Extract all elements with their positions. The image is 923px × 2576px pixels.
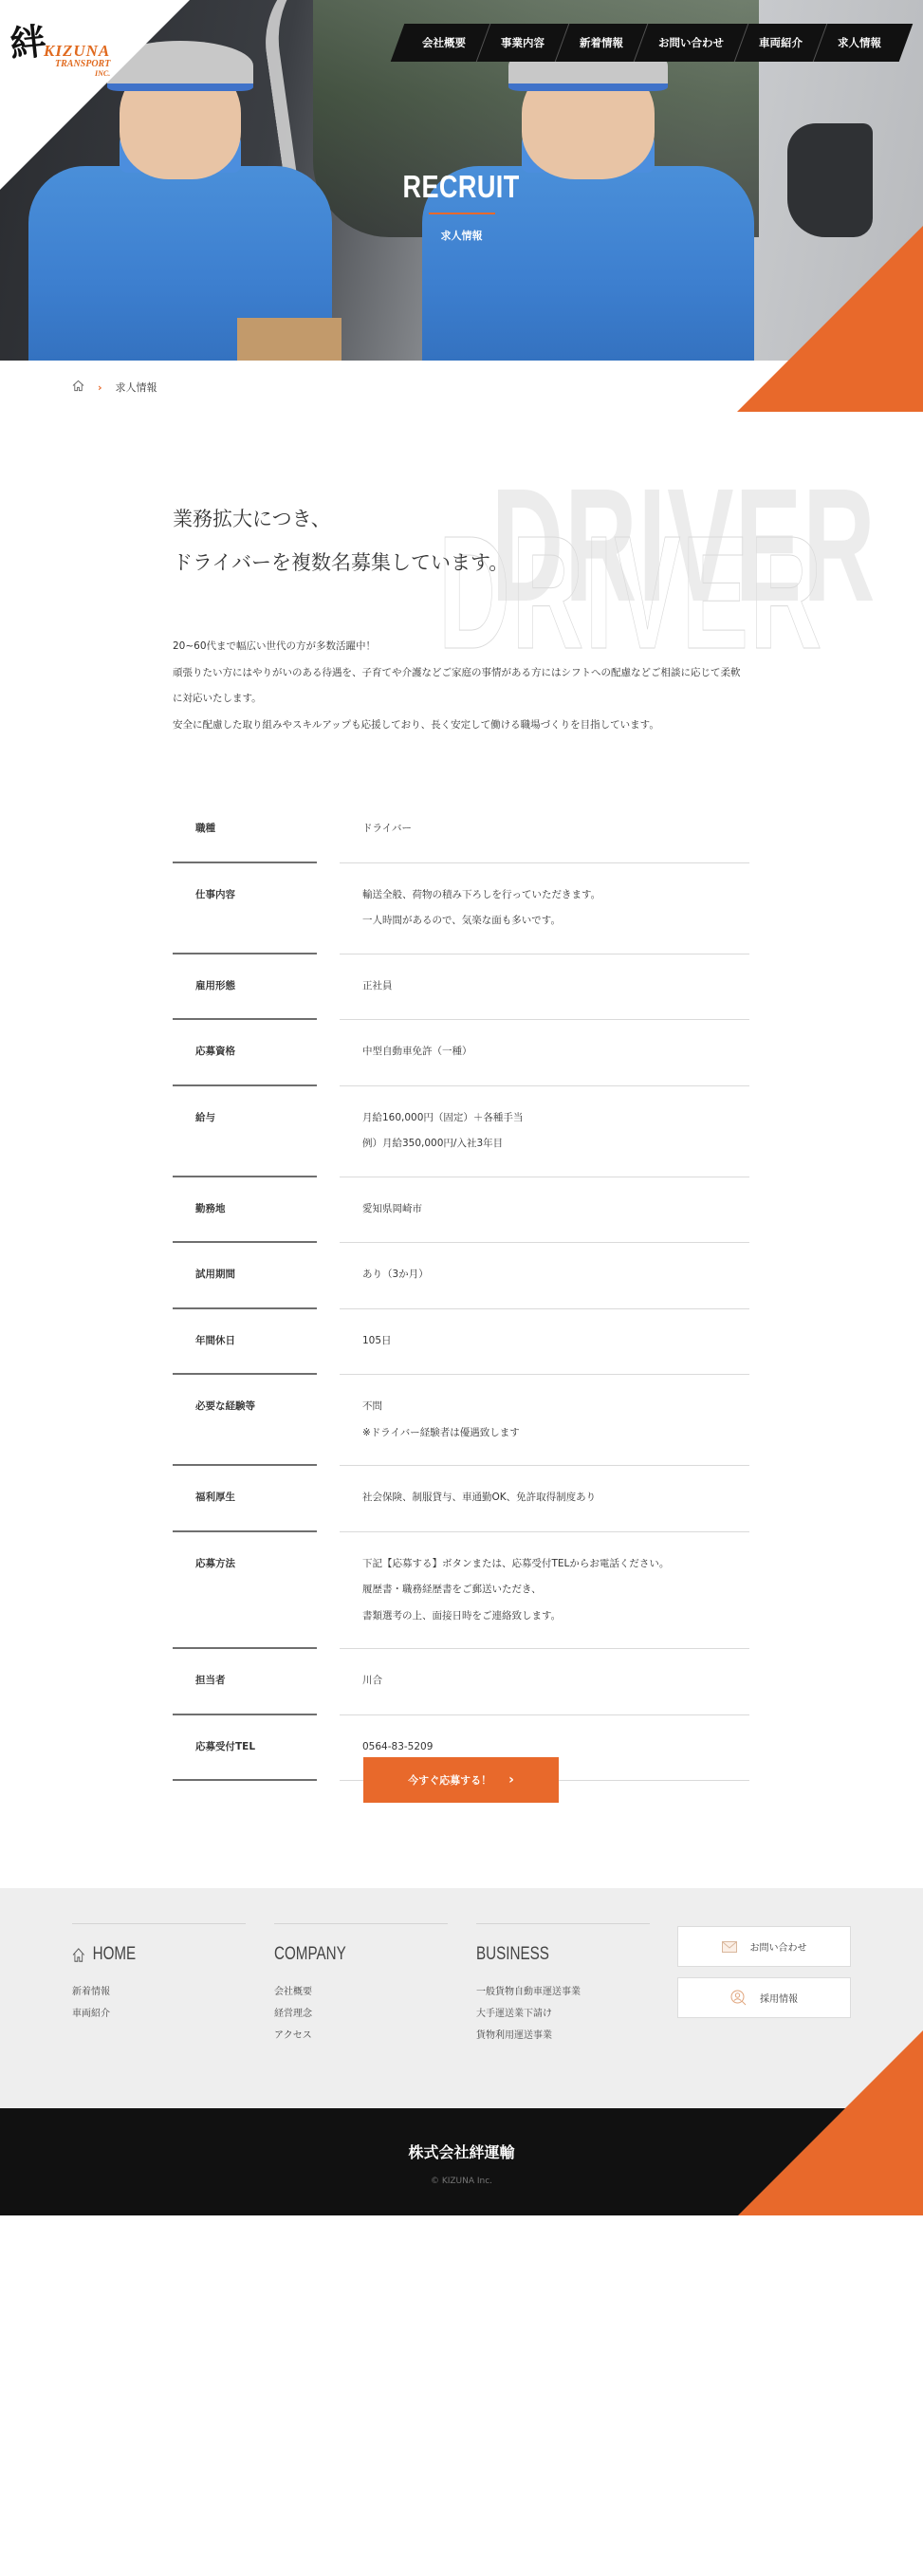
footer-link-access[interactable]: アクセス — [274, 2025, 448, 2047]
row-value: 不問※ドライバー経験者は優遇致します — [340, 1375, 749, 1466]
row-value: 正社員 — [340, 954, 749, 1021]
row-label: 雇用形態 — [173, 954, 317, 1021]
table-row: 仕事内容 輸送全般、荷物の積み下ろしを行っていただきます。一人時間があるので、気… — [173, 863, 749, 954]
hero-cardboard-box — [237, 318, 342, 361]
row-label: 仕事内容 — [173, 863, 317, 954]
page-subtitle: 求人情報 — [0, 228, 923, 243]
table-row: 試用期間 あり（3か月） — [173, 1243, 749, 1309]
row-value: 輸送全般、荷物の積み下ろしを行っていただきます。一人時間があるので、気楽な面も多… — [340, 863, 749, 954]
breadcrumb: › 求人情報 — [72, 380, 157, 395]
footer-heading-home[interactable]: HOME — [72, 1943, 211, 1966]
footer-link-vehicles[interactable]: 車両紹介 — [72, 2003, 246, 2025]
row-value: 愛知県岡崎市 — [340, 1177, 749, 1244]
footer-column-home: HOME 新着情報 車両紹介 — [72, 1923, 246, 2025]
row-value: 社会保険、制服貸与、車通勤OK、免許取得制度あり — [340, 1466, 749, 1532]
table-row: 雇用形態 正社員 — [173, 954, 749, 1021]
row-value: 105日 — [340, 1309, 749, 1376]
home-icon — [72, 1947, 85, 1963]
row-label: 担当者 — [173, 1649, 317, 1715]
nav-item-recruit[interactable]: 求人情報 — [814, 24, 906, 62]
intro-lead: 業務拡大につき、 ドライバーを複数名募集しています。 — [173, 497, 508, 584]
logo-text-transport: TRANSPORT — [55, 59, 110, 69]
footer-column-company: COMPANY 会社概要 経営理念 アクセス — [274, 1923, 448, 2047]
mail-icon — [722, 1941, 737, 1953]
footer-recruit-button[interactable]: 採用情報 — [677, 1977, 851, 2018]
row-value: 中型自動車免許（一種） — [340, 1020, 749, 1086]
apply-now-button[interactable]: 今すぐ応募する！ › — [363, 1757, 559, 1803]
home-icon[interactable] — [72, 380, 84, 395]
decorative-orange-triangle-footer — [738, 2030, 923, 2215]
footer-link-general-freight[interactable]: 一般貨物自動車運送事業 — [476, 1981, 650, 2003]
row-label: 給与 — [173, 1086, 317, 1177]
footer-column-business: BUSINESS 一般貨物自動車運送事業 大手運送業下請け 貨物利用運送事業 — [476, 1923, 650, 2047]
row-label: 応募受付TEL — [173, 1715, 317, 1782]
site-logo[interactable]: 絆 KIZUNA TRANSPORT INC. — [8, 13, 112, 80]
row-label: 年間休日 — [173, 1309, 317, 1376]
footer-heading-company[interactable]: COMPANY — [274, 1943, 413, 1966]
table-row: 必要な経験等 不問※ドライバー経験者は優遇致します — [173, 1375, 749, 1466]
intro-body: 20~60代まで幅広い世代の方が多数活躍中！ 頑張りたい方にはやりがいのある待遇… — [173, 634, 761, 738]
row-value: あり（3か月） — [340, 1243, 749, 1309]
global-nav: 会社概要 事業内容 新着情報 お問い合わせ 車両紹介 求人情報 — [397, 24, 906, 62]
footer-link-freight-forwarding[interactable]: 貨物利用運送事業 — [476, 2025, 650, 2047]
row-label: 勤務地 — [173, 1177, 317, 1244]
row-label: 応募方法 — [173, 1532, 317, 1650]
table-row: 給与 月給160,000円（固定）＋各種手当例）月給350,000円/入社3年目 — [173, 1086, 749, 1177]
nav-item-vehicles[interactable]: 車両紹介 — [735, 24, 828, 62]
page-title: RECRUIT — [403, 169, 520, 205]
table-row: 担当者 川合 — [173, 1649, 749, 1715]
table-row: 応募資格 中型自動車免許（一種） — [173, 1020, 749, 1086]
nav-item-company[interactable]: 会社概要 — [398, 24, 491, 62]
breadcrumb-separator-icon: › — [98, 381, 102, 394]
table-row: 勤務地 愛知県岡崎市 — [173, 1177, 749, 1244]
footer-heading-business[interactable]: BUSINESS — [476, 1943, 615, 1966]
logo-text-kizuna: KIZUNA — [44, 42, 110, 61]
logo-text-inc: INC. — [95, 69, 110, 78]
row-label: 職種 — [173, 797, 317, 863]
row-label: 必要な経験等 — [173, 1375, 317, 1466]
footer-link-company-profile[interactable]: 会社概要 — [274, 1981, 448, 2003]
chevron-right-icon: › — [508, 1772, 514, 1788]
hero-title-block: RECRUIT 求人情報 — [0, 169, 923, 243]
footer-link-philosophy[interactable]: 経営理念 — [274, 2003, 448, 2025]
title-underline — [429, 213, 495, 214]
nav-item-news[interactable]: 新着情報 — [556, 24, 649, 62]
row-label: 応募資格 — [173, 1020, 317, 1086]
table-row: 応募方法 下記【応募する】ボタンまたは、応募受付TELからお電話ください。履歴書… — [173, 1532, 749, 1650]
breadcrumb-current: 求人情報 — [116, 380, 157, 395]
job-details-table: 職種 ドライバー 仕事内容 輸送全般、荷物の積み下ろしを行っていただきます。一人… — [173, 797, 749, 1781]
row-value: 川合 — [340, 1649, 749, 1715]
table-row: 職種 ドライバー — [173, 797, 749, 863]
person-search-icon — [730, 1990, 747, 2006]
logo-kanji: 絆 — [7, 11, 48, 67]
nav-item-contact[interactable]: お問い合わせ — [635, 24, 749, 62]
row-label: 試用期間 — [173, 1243, 317, 1309]
table-row: 年間休日 105日 — [173, 1309, 749, 1376]
table-row: 福利厚生 社会保険、制服貸与、車通勤OK、免許取得制度あり — [173, 1466, 749, 1532]
row-value: 月給160,000円（固定）＋各種手当例）月給350,000円/入社3年目 — [340, 1086, 749, 1177]
row-label: 福利厚生 — [173, 1466, 317, 1532]
decorative-orange-triangle — [737, 226, 923, 412]
row-value: 下記【応募する】ボタンまたは、応募受付TELからお電話ください。履歴書・職務経歴… — [340, 1532, 749, 1650]
nav-item-business[interactable]: 事業内容 — [477, 24, 570, 62]
row-value: ドライバー — [340, 797, 749, 863]
footer-contact-button[interactable]: お問い合わせ — [677, 1926, 851, 1967]
footer-link-news[interactable]: 新着情報 — [72, 1981, 246, 2003]
footer-link-subcontract[interactable]: 大手運送業下請け — [476, 2003, 650, 2025]
